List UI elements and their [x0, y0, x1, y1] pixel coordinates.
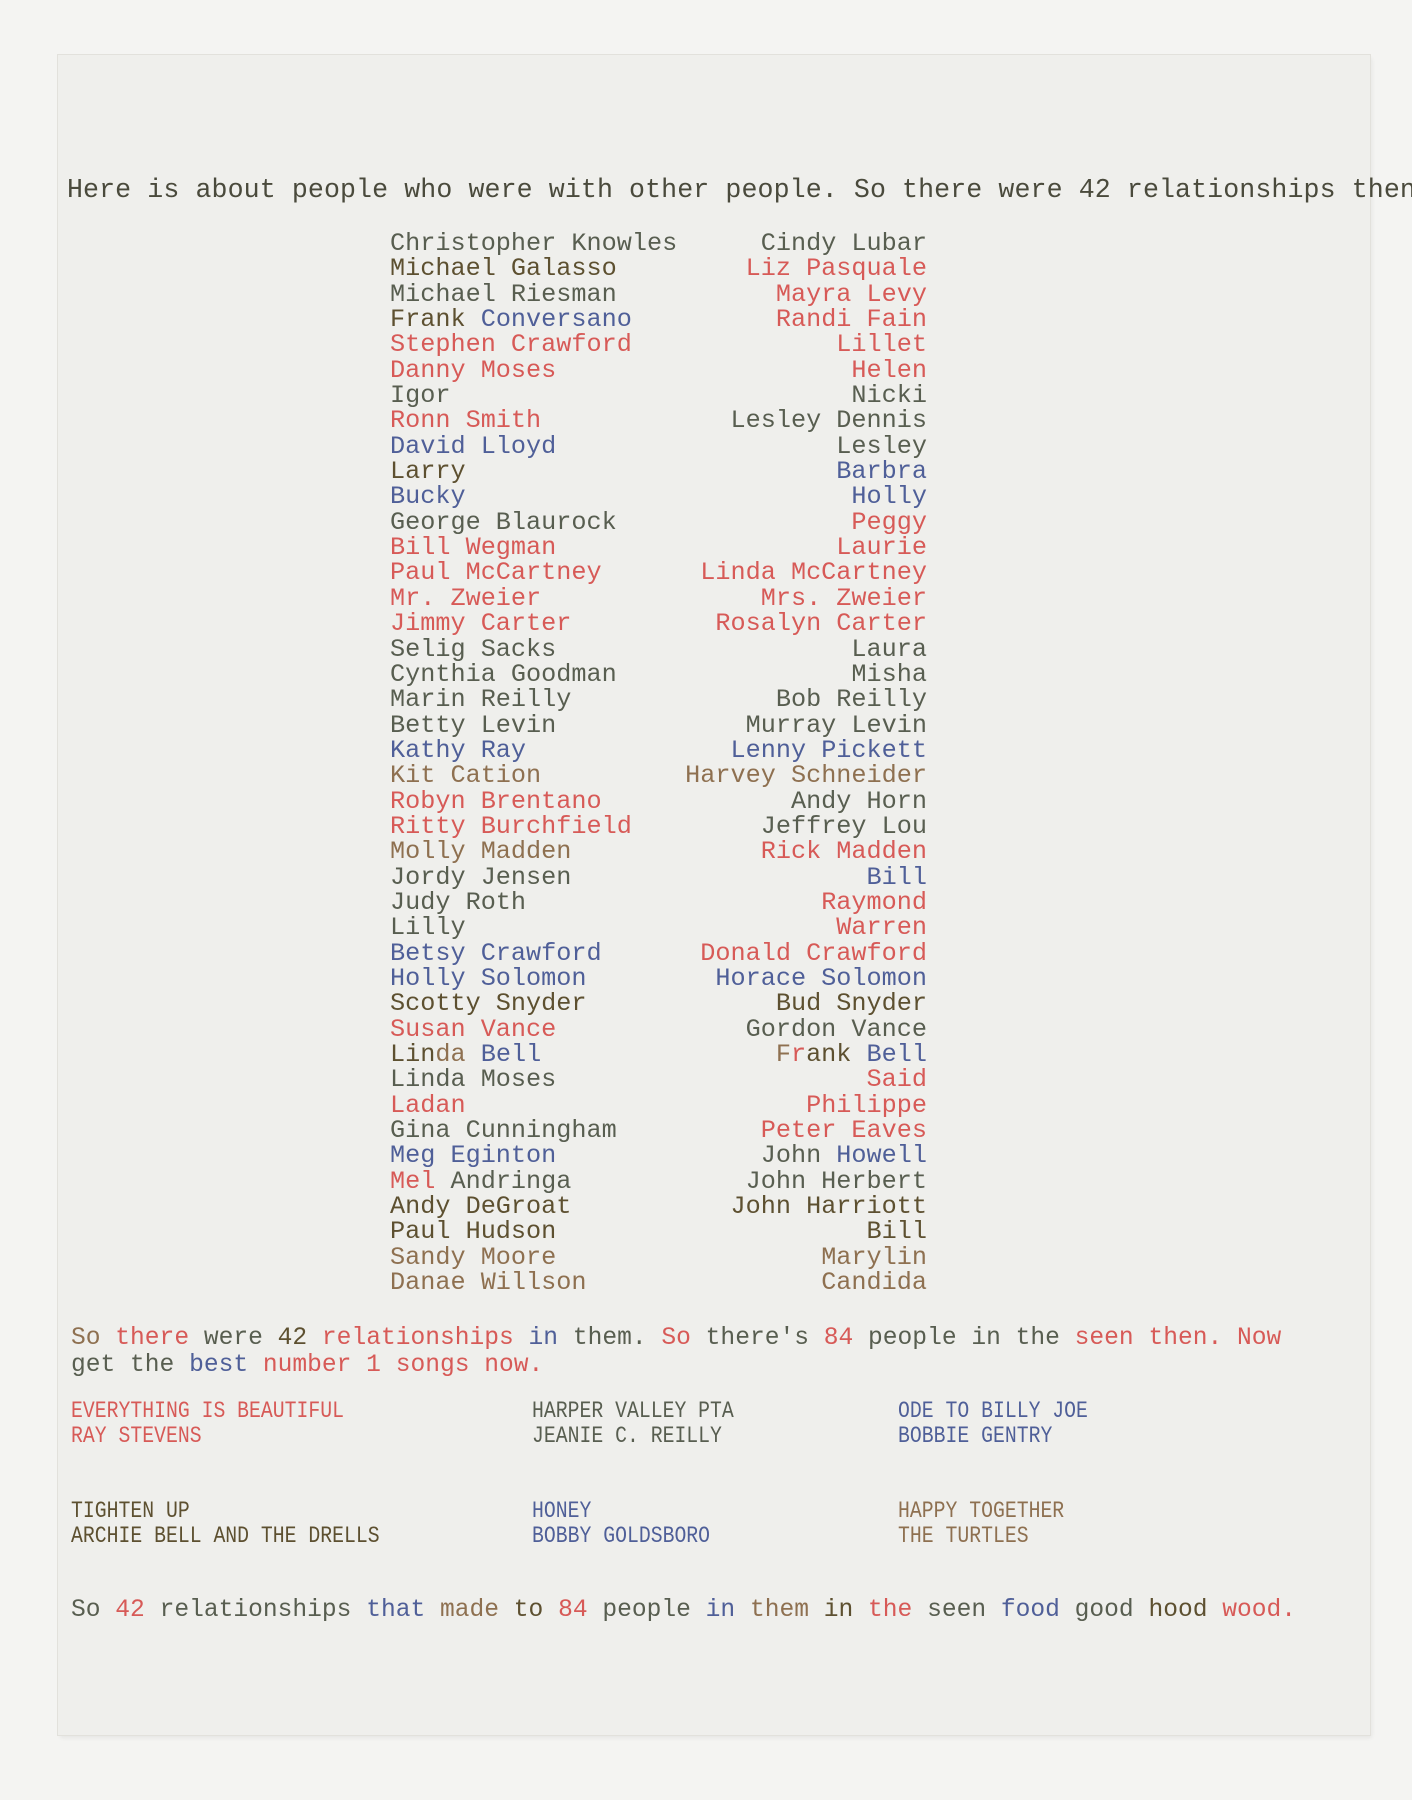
relationship-row: Gina CunninghamPeter Eaves: [390, 1116, 927, 1141]
text-segment: So: [71, 1325, 115, 1352]
relationship-row: Mel AndringaJohn Herbert: [390, 1167, 927, 1192]
relationship-row: Cynthia GoodmanMisha: [390, 660, 927, 685]
relationship-row: George BlaurockPeggy: [390, 508, 927, 533]
relationship-row: Holly SolomonHorace Solomon: [390, 964, 927, 989]
relationship-row: Marin ReillyBob Reilly: [390, 685, 927, 710]
text-segment: the: [868, 1597, 927, 1624]
text-segment: Danae Willson: [390, 1268, 587, 1297]
relationship-row: Linda MosesSaid: [390, 1065, 927, 1090]
text-segment: relationships: [322, 1325, 529, 1352]
relationship-row: Scotty SnyderBud Snyder: [390, 989, 927, 1014]
relationship-row: Jordy JensenBill: [390, 863, 927, 888]
text-segment: made: [440, 1597, 514, 1624]
song-artist: BOBBY GOLDSBORO: [532, 1524, 710, 1549]
song-title: TIGHTEN UP: [71, 1499, 380, 1524]
relationship-row: Danny MosesHelen: [390, 356, 927, 381]
text-segment: number 1 songs now.: [263, 1352, 543, 1379]
relationship-row: Bill WegmanLaurie: [390, 533, 927, 558]
song-title: HAPPY TOGETHER: [898, 1499, 1064, 1524]
text-segment: people: [602, 1597, 705, 1624]
song-title: HARPER VALLEY PTA: [532, 1399, 734, 1424]
relationship-row: Robyn BrentanoAndy Horn: [390, 787, 927, 812]
relationship-row: Michael RiesmanMayra Levy: [390, 280, 927, 305]
relationship-row: Kit CationHarvey Schneider: [390, 761, 927, 786]
person-left: Danae Willson: [390, 1268, 587, 1297]
song-title: ODE TO BILLY JOE: [898, 1399, 1088, 1424]
relationship-row: LillyWarren: [390, 913, 927, 938]
text-segment: 84: [558, 1597, 602, 1624]
song-entry: HAPPY TOGETHERTHE TURTLES: [898, 1499, 1064, 1549]
intro-sentence: Here is about people who were with other…: [67, 177, 1412, 204]
text-segment: them.: [573, 1325, 662, 1352]
song-entry: HONEYBOBBY GOLDSBORO: [532, 1499, 710, 1549]
text-segment: 84: [824, 1325, 868, 1352]
song-artist: ARCHIE BELL AND THE DRELLS: [71, 1524, 380, 1549]
relationship-row: Christopher KnowlesCindy Lubar: [390, 229, 927, 254]
relationship-row: Ronn SmithLesley Dennis: [390, 406, 927, 431]
text-segment: seen then. Now: [1075, 1325, 1282, 1352]
relationship-row: Mr. ZweierMrs. Zweier: [390, 584, 927, 609]
relationship-row: Betty LevinMurray Levin: [390, 711, 927, 736]
relationship-row: Linda BellFrank Bell: [390, 1040, 927, 1065]
relationship-row: Jimmy CarterRosalyn Carter: [390, 609, 927, 634]
relationship-row: Betsy CrawfordDonald Crawford: [390, 939, 927, 964]
text-segment: there's: [706, 1325, 824, 1352]
text-segment: get the: [71, 1352, 189, 1379]
song-title: HONEY: [532, 1499, 710, 1524]
song-entry: TIGHTEN UPARCHIE BELL AND THE DRELLS: [71, 1499, 380, 1549]
relationship-row: Molly MaddenRick Madden: [390, 837, 927, 862]
text-segment: in: [529, 1325, 573, 1352]
relationship-list: Christopher KnowlesCindy LubarMichael Ga…: [390, 229, 927, 1293]
text-segment: food: [1001, 1597, 1075, 1624]
text-segment: 42: [278, 1325, 322, 1352]
text-segment: Here is about people who were with other…: [67, 175, 1412, 205]
text-segment: hood: [1148, 1597, 1222, 1624]
text-segment: So: [661, 1325, 705, 1352]
relationship-row: David LloydLesley: [390, 432, 927, 457]
relationship-row: Paul HudsonBill: [390, 1217, 927, 1242]
text-segment: good: [1075, 1597, 1149, 1624]
relationship-row: Andy DeGroatJohn Harriott: [390, 1192, 927, 1217]
summary-line-2: get the best number 1 songs now.: [71, 1354, 543, 1379]
text-segment: that: [366, 1597, 440, 1624]
relationship-row: Ritty BurchfieldJeffrey Lou: [390, 812, 927, 837]
text-segment: best: [189, 1352, 263, 1379]
text-segment: to: [514, 1597, 558, 1624]
relationship-row: Meg EgintonJohn Howell: [390, 1141, 927, 1166]
relationship-row: LarryBarbra: [390, 457, 927, 482]
song-artist: RAY STEVENS: [71, 1424, 344, 1449]
text-segment: in: [824, 1597, 868, 1624]
person-right: Candida: [821, 1268, 927, 1297]
text-segment: 42: [115, 1597, 159, 1624]
relationship-row: Danae WillsonCandida: [390, 1268, 927, 1293]
text-segment: Candida: [821, 1268, 927, 1297]
text-segment: relationships: [160, 1597, 367, 1624]
song-title: EVERYTHING IS BEAUTIFUL: [71, 1399, 344, 1424]
song-artist: THE TURTLES: [898, 1524, 1064, 1549]
relationship-row: Kathy RayLenny Pickett: [390, 736, 927, 761]
text-segment: them: [750, 1597, 824, 1624]
song-artist: JEANIE C. REILLY: [532, 1424, 734, 1449]
relationship-row: Frank ConversanoRandi Fain: [390, 305, 927, 330]
relationship-row: Sandy MooreMarylin: [390, 1243, 927, 1268]
text-segment: people in the: [868, 1325, 1075, 1352]
relationship-row: Stephen CrawfordLillet: [390, 330, 927, 355]
song-artist: BOBBIE GENTRY: [898, 1424, 1088, 1449]
relationship-row: Michael GalassoLiz Pasquale: [390, 254, 927, 279]
relationship-row: IgorNicki: [390, 381, 927, 406]
relationship-row: Judy RothRaymond: [390, 888, 927, 913]
text-segment: there: [115, 1325, 204, 1352]
song-entry: HARPER VALLEY PTAJEANIE C. REILLY: [532, 1399, 734, 1449]
text-segment: were: [204, 1325, 278, 1352]
text-segment: seen: [927, 1597, 1001, 1624]
song-entry: EVERYTHING IS BEAUTIFULRAY STEVENS: [71, 1399, 344, 1449]
relationship-row: Susan VanceGordon Vance: [390, 1015, 927, 1040]
text-segment: wood.: [1222, 1597, 1296, 1624]
relationship-row: BuckyHolly: [390, 482, 927, 507]
relationship-row: Paul McCartneyLinda McCartney: [390, 558, 927, 583]
summary-line-1: So there were 42 relationships in them. …: [71, 1327, 1281, 1352]
text-segment: So: [71, 1597, 115, 1624]
relationship-row: Selig SacksLaura: [390, 635, 927, 660]
relationship-row: LadanPhilippe: [390, 1091, 927, 1116]
text-segment: in: [706, 1597, 750, 1624]
song-entry: ODE TO BILLY JOEBOBBIE GENTRY: [898, 1399, 1088, 1449]
closing-sentence: So 42 relationships that made to 84 peop…: [71, 1599, 1296, 1624]
